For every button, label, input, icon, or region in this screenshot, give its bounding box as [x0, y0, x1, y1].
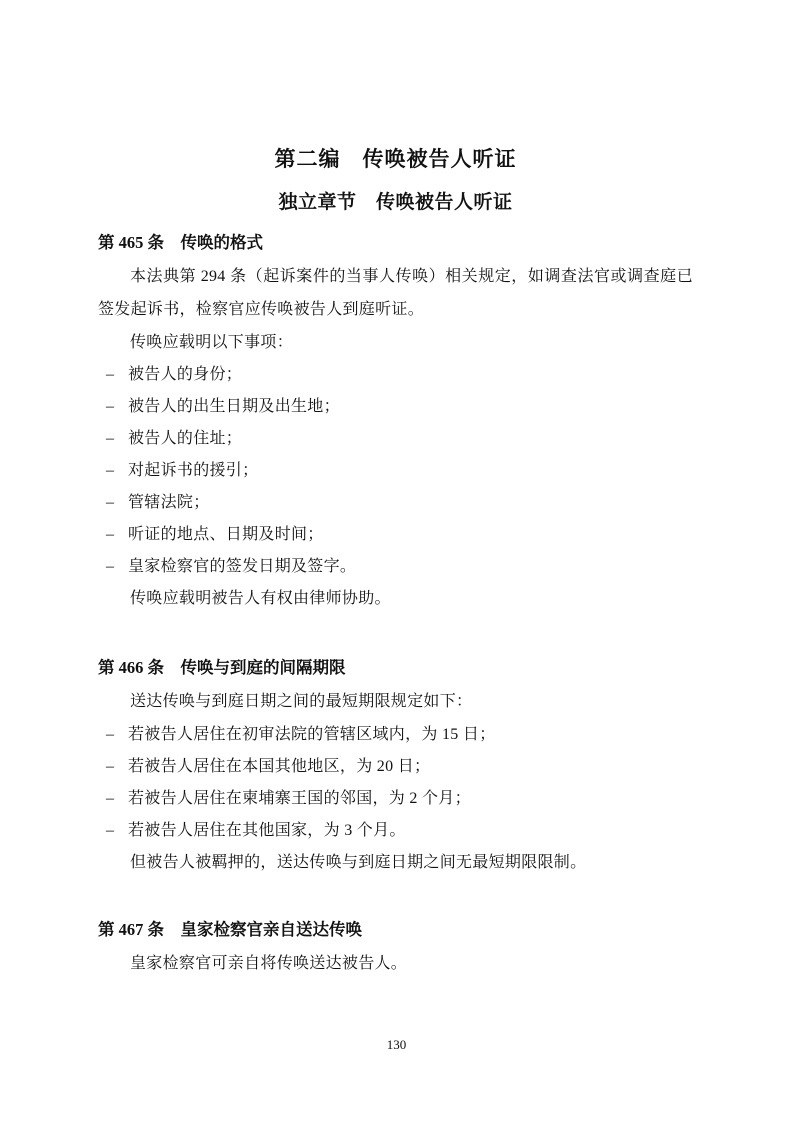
summons-content-list: – 被告人的身份； – 被告人的出生日期及出生地； – 被告人的住址； – 对起…: [98, 359, 693, 583]
paragraph: 传唤应载明被告人有权由律师协助。: [98, 583, 693, 616]
list-item-text: 管辖法院；: [128, 494, 210, 511]
list-item-text: 被告人的住址；: [128, 430, 242, 447]
list-item-text: 若被告人居住在柬埔寨王国的邻国，为 2 个月；: [128, 790, 471, 807]
paragraph: 传唤应载明以下事项：: [98, 327, 693, 360]
dash-marker: –: [106, 423, 114, 455]
list-item: – 管辖法院；: [98, 487, 693, 519]
list-item-text: 被告人的身份；: [128, 366, 242, 383]
list-item: – 若被告人居住在初审法院的管辖区域内，为 15 日；: [98, 719, 693, 751]
article-467-heading: 第 467 条 皇家检察官亲自送达传唤: [98, 918, 693, 942]
page-number: 130: [0, 1037, 793, 1053]
article-467-section: 第 467 条 皇家检察官亲自送达传唤 皇家检察官可亲自将传唤送达被告人。: [98, 918, 693, 981]
article-465-section: 第 465 条 传唤的格式 本法典第 294 条（起诉案件的当事人传唤）相关规定…: [98, 231, 693, 616]
list-item-text: 听证的地点、日期及时间；: [128, 526, 324, 543]
dash-marker: –: [106, 815, 114, 847]
dash-marker: –: [106, 487, 114, 519]
list-item: – 听证的地点、日期及时间；: [98, 519, 693, 551]
list-item-text: 皇家检察官的签发日期及签字。: [128, 558, 356, 575]
list-item: – 被告人的身份；: [98, 359, 693, 391]
paragraph: 但被告人被羁押的，送达传唤与到庭日期之间无最短期限限制。: [98, 847, 693, 880]
article-466-heading: 第 466 条 传唤与到庭的间隔期限: [98, 656, 693, 680]
list-item: – 对起诉书的援引；: [98, 455, 693, 487]
dash-marker: –: [106, 551, 114, 583]
dash-marker: –: [106, 519, 114, 551]
list-item-text: 被告人的出生日期及出生地；: [128, 398, 340, 415]
list-item: – 若被告人居住在其他国家，为 3 个月。: [98, 815, 693, 847]
paragraph: 送达传唤与到庭日期之间的最短期限规定如下：: [98, 686, 693, 719]
dash-marker: –: [106, 359, 114, 391]
list-item: – 皇家检察官的签发日期及签字。: [98, 551, 693, 583]
dash-marker: –: [106, 391, 114, 423]
list-item: – 若被告人居住在本国其他地区，为 20 日；: [98, 751, 693, 783]
list-item-text: 若被告人居住在本国其他地区，为 20 日；: [128, 758, 430, 775]
dash-marker: –: [106, 455, 114, 487]
list-item: – 被告人的出生日期及出生地；: [98, 391, 693, 423]
dash-marker: –: [106, 783, 114, 815]
paragraph: 本法典第 294 条（起诉案件的当事人传唤）相关规定，如调查法官或调查庭已签发起…: [98, 261, 693, 327]
time-limit-list: – 若被告人居住在初审法院的管辖区域内，为 15 日； – 若被告人居住在本国其…: [98, 719, 693, 847]
article-465-heading: 第 465 条 传唤的格式: [98, 231, 693, 255]
part-title: 第二编 传唤被告人听证: [98, 146, 693, 172]
chapter-title: 独立章节 传唤被告人听证: [98, 190, 693, 216]
dash-marker: –: [106, 719, 114, 751]
list-item: – 被告人的住址；: [98, 423, 693, 455]
article-466-section: 第 466 条 传唤与到庭的间隔期限 送达传唤与到庭日期之间的最短期限规定如下：…: [98, 656, 693, 880]
list-item-text: 若被告人居住在其他国家，为 3 个月。: [128, 822, 406, 839]
list-item-text: 若被告人居住在初审法院的管辖区域内，为 15 日；: [128, 726, 496, 743]
paragraph: 皇家检察官可亲自将传唤送达被告人。: [98, 948, 693, 981]
list-item-text: 对起诉书的援引；: [128, 462, 258, 479]
dash-marker: –: [106, 751, 114, 783]
list-item: – 若被告人居住在柬埔寨王国的邻国，为 2 个月；: [98, 783, 693, 815]
document-page: 第二编 传唤被告人听证 独立章节 传唤被告人听证 第 465 条 传唤的格式 本…: [0, 0, 793, 1122]
